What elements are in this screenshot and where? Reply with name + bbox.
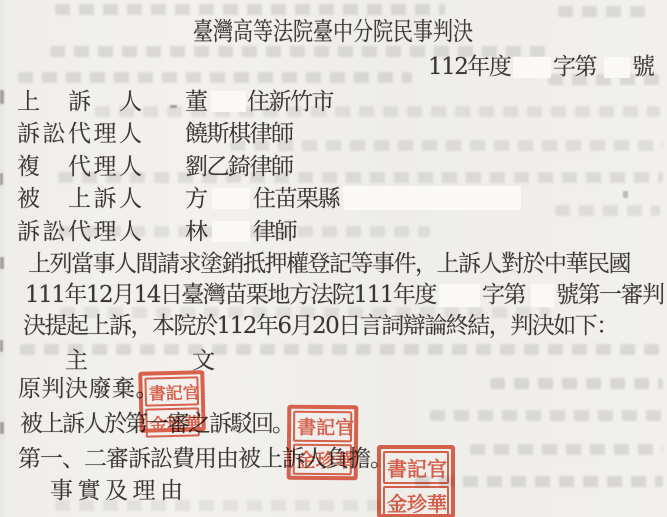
redaction-box [439, 284, 480, 307]
party-name: 林 [185, 219, 207, 246]
document-title-row: 臺灣高等法院臺中分院民事判決 [0, 12, 667, 48]
bleedthrough-artifact [555, 205, 660, 216]
bleedthrough-artifact [20, 344, 660, 355]
clerk-seal-stamp: 書記官 金珍華 [377, 445, 455, 517]
party-label: 被 上訴人 [17, 186, 145, 213]
redaction-box [211, 91, 246, 112]
bleedthrough-artifact [470, 444, 663, 455]
clerk-seal-stamp: 書記官 金珍華 [287, 405, 359, 481]
bleedthrough-artifact [230, 140, 663, 151]
party-name: 董 [185, 89, 207, 116]
party-address: 住苗栗縣 [253, 186, 339, 213]
preamble-line-1: 上列當事人間請求塗銷抵押權登記等事件，上訴人對於中華民國 [28, 251, 630, 278]
heading-char-zhu: 主 [65, 348, 87, 375]
case-number-suffix: 號 [632, 54, 654, 81]
preamble-line-3: 決提起上訴，本院於112年6月20日言詞辯論終結，判決如下： [23, 313, 618, 340]
scan-speck [0, 90, 4, 104]
preamble-line-2b: 字第 [482, 282, 525, 309]
redaction-box [343, 186, 521, 210]
redaction-box [513, 57, 551, 78]
case-year: 112年度 [428, 54, 510, 81]
preamble-line-2c: 號第一審判 [556, 282, 664, 309]
bleedthrough-artifact [58, 172, 663, 183]
stamp-name-row: 金珍華 [383, 486, 449, 517]
scan-speck [170, 105, 177, 108]
scan-speck [623, 191, 628, 198]
party-name: 劉乙錡律師 [185, 154, 293, 181]
bleedthrough-artifact [18, 72, 412, 83]
court-judgment-scan: 臺灣高等法院臺中分院民事判決 112年度 字第 號 上 訴 人 董 住新竹市 訴… [0, 0, 667, 517]
party-label: 訴訟代理人 [17, 219, 145, 246]
stamp-title-row: 書記官 [383, 451, 449, 484]
scan-speck [0, 340, 3, 352]
party-address: 律師 [253, 219, 296, 246]
party-name: 饒斯棋律師 [185, 121, 293, 148]
party-label: 複 代理人 [17, 154, 145, 181]
preamble-line-2a: 111年12月14日臺灣苗栗地方法院111年度 [25, 282, 436, 309]
party-address: 住新竹市 [247, 89, 333, 116]
scan-speck [0, 173, 3, 185]
clerk-seal-stamp: 書記官 金珍華 [138, 370, 206, 433]
redaction-box [212, 188, 250, 209]
case-word: 字第 [553, 54, 596, 81]
bleedthrough-artifact [430, 410, 663, 421]
party-label: 上 訴 人 [17, 89, 145, 116]
party-name: 方 [185, 186, 207, 213]
redaction-box [212, 221, 250, 242]
stamp-name-row: 金珍華 [293, 444, 352, 476]
scan-speck [0, 422, 4, 434]
stamp-title-row: 書記官 [293, 411, 352, 443]
redaction-box [531, 284, 554, 307]
document-title: 臺灣高等法院臺中分院民事判決 [193, 12, 473, 48]
party-label: 訴訟代理人 [17, 121, 145, 148]
scan-speck [0, 257, 4, 269]
redaction-box [604, 57, 630, 78]
stamp-name-row: 金珍華 [145, 407, 200, 437]
bleedthrough-artifact [490, 378, 663, 389]
facts-heading: 事實及理由 [50, 478, 188, 505]
stamp-title-row: 書記官 [144, 376, 199, 406]
bleedthrough-artifact [95, 106, 660, 117]
